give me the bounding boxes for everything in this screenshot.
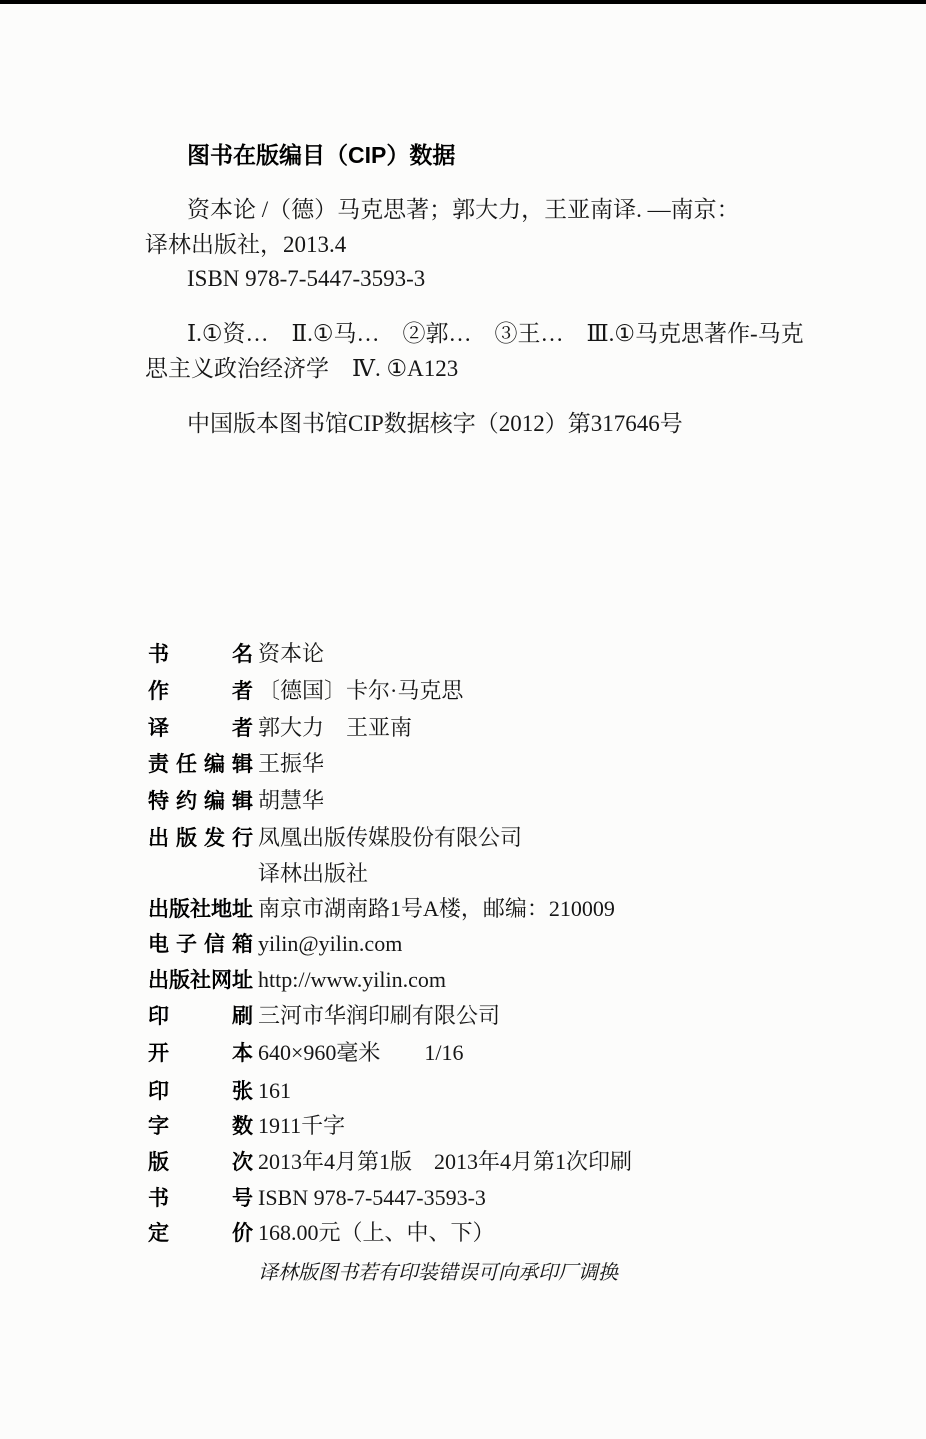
colophon-value: 1911千字 <box>258 1113 345 1138</box>
colophon-row-website: 出版社网址http://www.yilin.com <box>148 967 446 993</box>
colophon-value: 译林出版社 <box>258 861 368 886</box>
colophon-label: 书号 <box>148 1187 253 1211</box>
colophon-label: 印张 <box>148 1080 253 1104</box>
colophon-label: 定价 <box>148 1222 253 1246</box>
colophon-row-sheets: 印张161 <box>148 1078 291 1104</box>
cip-classification-line1: Ⅰ.①资… Ⅱ.①马… ②郭… ③王… Ⅲ.①马克思著作-马克 <box>187 321 804 347</box>
cip-classification-line2: 思主义政治经济学 Ⅳ. ①A123 <box>145 356 458 382</box>
colophon-value: 资本论 <box>258 641 324 666</box>
scan-artifact-top-edge <box>0 0 926 4</box>
colophon-label: 电子信箱 <box>148 933 253 957</box>
colophon-value: 三河市华润印刷有限公司 <box>258 1003 500 1028</box>
colophon-value: 郭大力 王亚南 <box>258 715 412 740</box>
colophon-row-edition: 版次2013年4月第1版 2013年4月第1次印刷 <box>148 1149 632 1175</box>
colophon-row-price: 定价168.00元（上、中、下） <box>148 1220 495 1246</box>
colophon-row-word-count: 字数1911千字 <box>148 1113 345 1139</box>
colophon-label: 出版发行 <box>148 827 253 851</box>
colophon-row-printer: 印刷三河市华润印刷有限公司 <box>148 1003 500 1029</box>
colophon-label: 书名 <box>148 643 253 667</box>
colophon-row-translator: 译者郭大力 王亚南 <box>148 715 412 741</box>
colophon-row-format: 开本640×960毫米 1/16 <box>148 1040 464 1066</box>
colophon-value: 〔德国〕卡尔·马克思 <box>258 678 463 703</box>
colophon-row-publisher-cont: 译林出版社 <box>148 861 368 886</box>
colophon-row-managing-editor: 责任编辑王振华 <box>148 751 324 777</box>
colophon-value: ISBN 978-7-5447-3593-3 <box>258 1185 486 1210</box>
colophon-row-title: 书名资本论 <box>148 641 324 667</box>
colophon-label: 出版社网址 <box>148 969 253 993</box>
colophon-value: 王振华 <box>258 751 324 776</box>
cip-isbn-line: ISBN 978-7-5447-3593-3 <box>187 266 425 292</box>
colophon-label: 出版社地址 <box>148 898 253 922</box>
colophon-label: 版次 <box>148 1151 253 1175</box>
cip-record-number: 中国版本图书馆CIP数据核字（2012）第317646号 <box>187 411 683 437</box>
cip-entry-line2: 译林出版社，2013.4 <box>145 232 346 258</box>
colophon-row-publisher: 出版发行凤凰出版传媒股份有限公司 <box>148 825 522 851</box>
colophon-value: 南京市湖南路1号A楼，邮编：210009 <box>258 896 615 921</box>
colophon-label: 字数 <box>148 1115 253 1139</box>
colophon-label: 译者 <box>148 717 253 741</box>
colophon-row-contributing-editor: 特约编辑胡慧华 <box>148 788 324 814</box>
colophon-label: 作者 <box>148 680 253 704</box>
cip-heading: 图书在版编目（CIP）数据 <box>187 143 455 168</box>
book-copyright-page: 图书在版编目（CIP）数据 资本论 /（德）马克思著；郭大力，王亚南译. —南京… <box>0 0 926 1439</box>
colophon-label: 印刷 <box>148 1005 253 1029</box>
colophon-label: 特约编辑 <box>148 790 253 814</box>
colophon-value: 161 <box>258 1078 291 1103</box>
colophon-value: 168.00元（上、中、下） <box>258 1220 495 1245</box>
colophon-value: http://www.yilin.com <box>258 967 446 992</box>
colophon-value: yilin@yilin.com <box>258 931 402 956</box>
colophon-label: 开本 <box>148 1042 253 1066</box>
colophon-value: 凤凰出版传媒股份有限公司 <box>258 825 522 850</box>
colophon-value: 胡慧华 <box>258 788 324 813</box>
colophon-row-email: 电子信箱yilin@yilin.com <box>148 931 402 957</box>
colophon-row-publisher-address: 出版社地址南京市湖南路1号A楼，邮编：210009 <box>148 896 615 922</box>
colophon-label: 责任编辑 <box>148 753 253 777</box>
colophon-value: 2013年4月第1版 2013年4月第1次印刷 <box>258 1149 632 1174</box>
colophon-row-author: 作者〔德国〕卡尔·马克思 <box>148 678 463 704</box>
colophon-value: 640×960毫米 1/16 <box>258 1040 464 1065</box>
cip-entry-line1: 资本论 /（德）马克思著；郭大力，王亚南译. —南京： <box>187 197 740 223</box>
misprint-exchange-note: 译林版图书若有印装错误可向承印厂调换 <box>258 1256 618 1285</box>
colophon-row-isbn: 书号ISBN 978-7-5447-3593-3 <box>148 1185 486 1211</box>
